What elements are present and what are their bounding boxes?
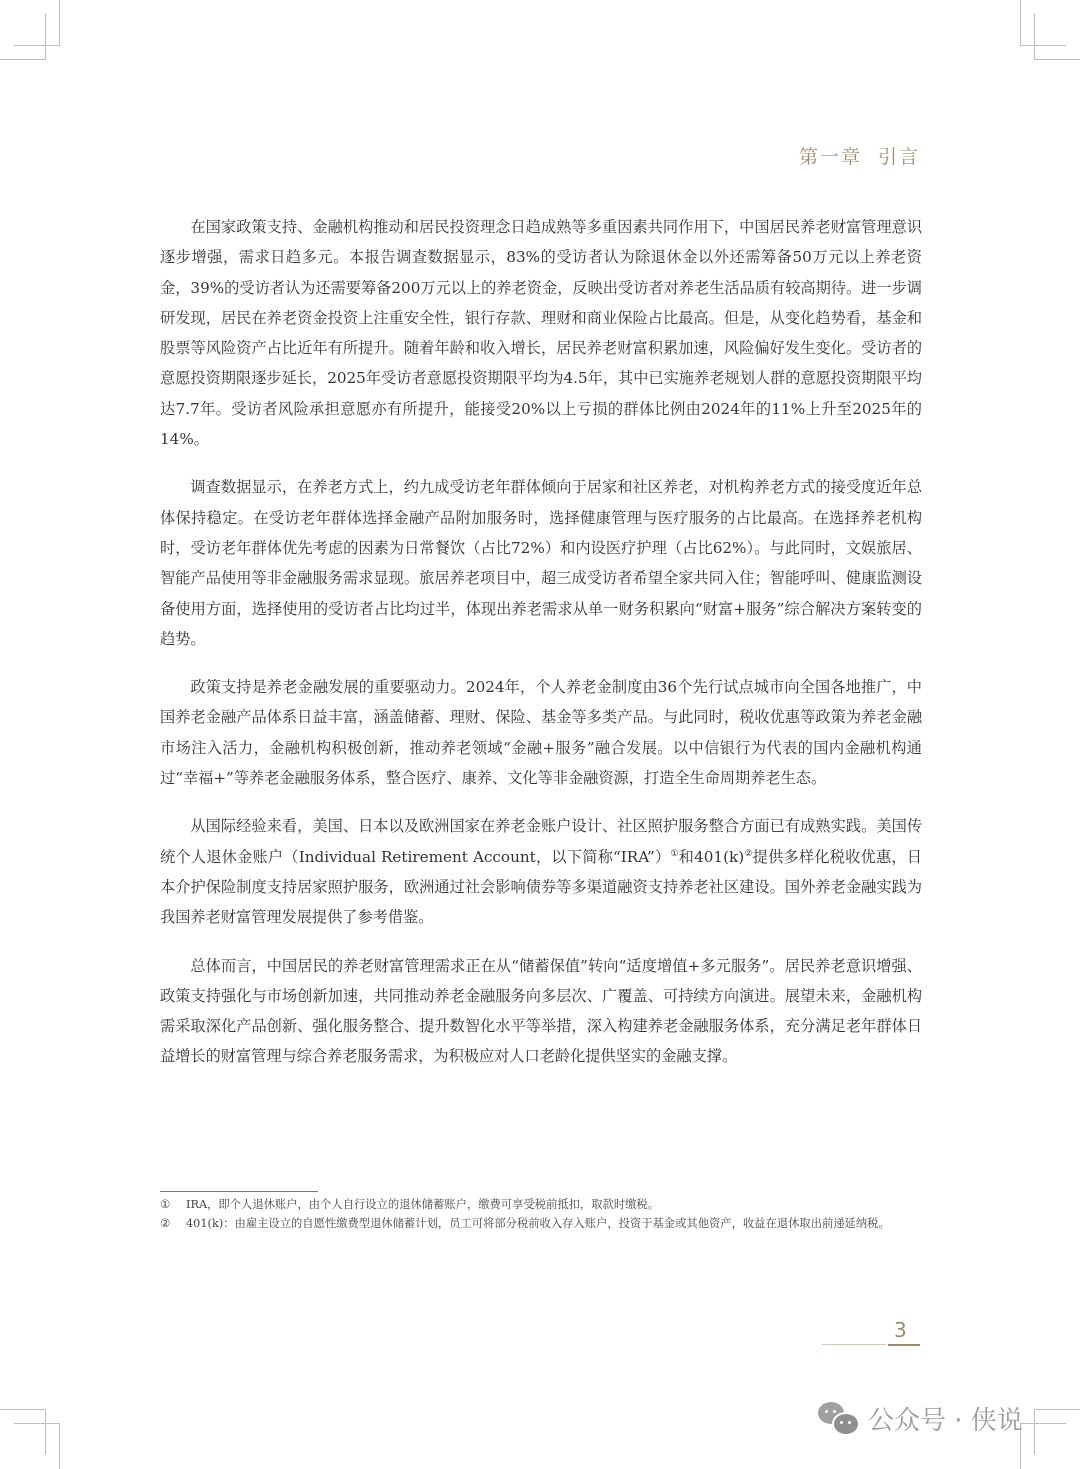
footnote-2: ② 401(k)：由雇主设立的自愿性缴费型退休储蓄计划，员工可将部分税前收入存入… [160, 1215, 930, 1234]
crop-mark-bottom-left-h2 [14, 1423, 60, 1424]
footnote-mark: ① [160, 1196, 186, 1215]
footnote-mark: ② [160, 1215, 186, 1234]
crop-mark-top-left-v2 [45, 13, 46, 60]
crop-mark-bottom-right-h2 [1020, 1423, 1066, 1424]
footnote-ref-1[interactable]: ① [670, 849, 678, 859]
watermark: 公众号 · 侠说 [818, 1400, 1023, 1437]
page-number-underline [888, 1344, 920, 1346]
crop-mark-bottom-right-v1 [1034, 1409, 1035, 1455]
page-number: 3 [894, 1318, 907, 1342]
body-text: 在国家政策支持、金融机构推动和居民投资理念日趋成熟等多重因素共同作用下，中国居民… [160, 212, 922, 1090]
footnote-text: 401(k)：由雇主设立的自愿性缴费型退休储蓄计划，员工可将部分税前收入存入账户… [186, 1215, 930, 1234]
page-number-block: 3 [822, 1318, 922, 1348]
crop-mark-top-left-h2 [0, 59, 46, 60]
chapter-header: 第一章引言 [760, 142, 920, 169]
footnote-ref-2[interactable]: ② [744, 849, 753, 859]
crop-mark-bottom-left-v1 [45, 1409, 46, 1455]
crop-mark-top-left-h1 [14, 45, 60, 46]
chapter-title: 引言 [878, 146, 920, 168]
paragraph-5: 总体而言，中国居民的养老财富管理需求正在从“储蓄保值”转向“适度增值+多元服务”… [160, 951, 922, 1072]
crop-mark-top-right-v2 [1034, 13, 1035, 60]
footnote-divider [160, 1191, 318, 1192]
crop-mark-top-right-h1 [1020, 45, 1066, 46]
crop-mark-bottom-right-h1 [1034, 1409, 1080, 1410]
footnote-1: ① IRA，即个人退休账户，由个人自行设立的退休储蓄账户，缴费可享受税前抵扣，取… [160, 1196, 930, 1215]
chapter-number: 第一章 [799, 146, 862, 168]
paragraph-2: 调查数据显示，在养老方式上，约九成受访老年群体倾向于居家和社区养老，对机构养老方… [160, 472, 922, 654]
paragraph-4: 从国际经验来看，美国、日本以及欧洲国家在养老金账户设计、社区照护服务整合方面已有… [160, 811, 922, 932]
crop-mark-top-left-v1 [59, 0, 60, 46]
crop-mark-bottom-left-v2 [59, 1423, 60, 1469]
footnote-text: IRA，即个人退休账户，由个人自行设立的退休储蓄账户，缴费可享受税前抵扣，取款时… [186, 1196, 930, 1215]
watermark-text: 公众号 · 侠说 [868, 1400, 1023, 1437]
paragraph-1: 在国家政策支持、金融机构推动和居民投资理念日趋成熟等多重因素共同作用下，中国居民… [160, 212, 922, 454]
crop-mark-bottom-left-h1 [0, 1409, 46, 1410]
crop-mark-top-right-h2 [1034, 59, 1080, 60]
paragraph-3: 政策支持是养老金融发展的重要驱动力。2024年，个人养老金制度由36个先行试点城… [160, 672, 922, 793]
page-number-rule [822, 1344, 886, 1345]
crop-mark-top-right-v1 [1020, 0, 1021, 46]
footnotes: ① IRA，即个人退休账户，由个人自行设立的退休储蓄账户，缴费可享受税前抵扣，取… [160, 1196, 930, 1233]
paragraph-4-part-2: 和401(k) [679, 848, 744, 866]
wechat-icon [818, 1402, 860, 1436]
